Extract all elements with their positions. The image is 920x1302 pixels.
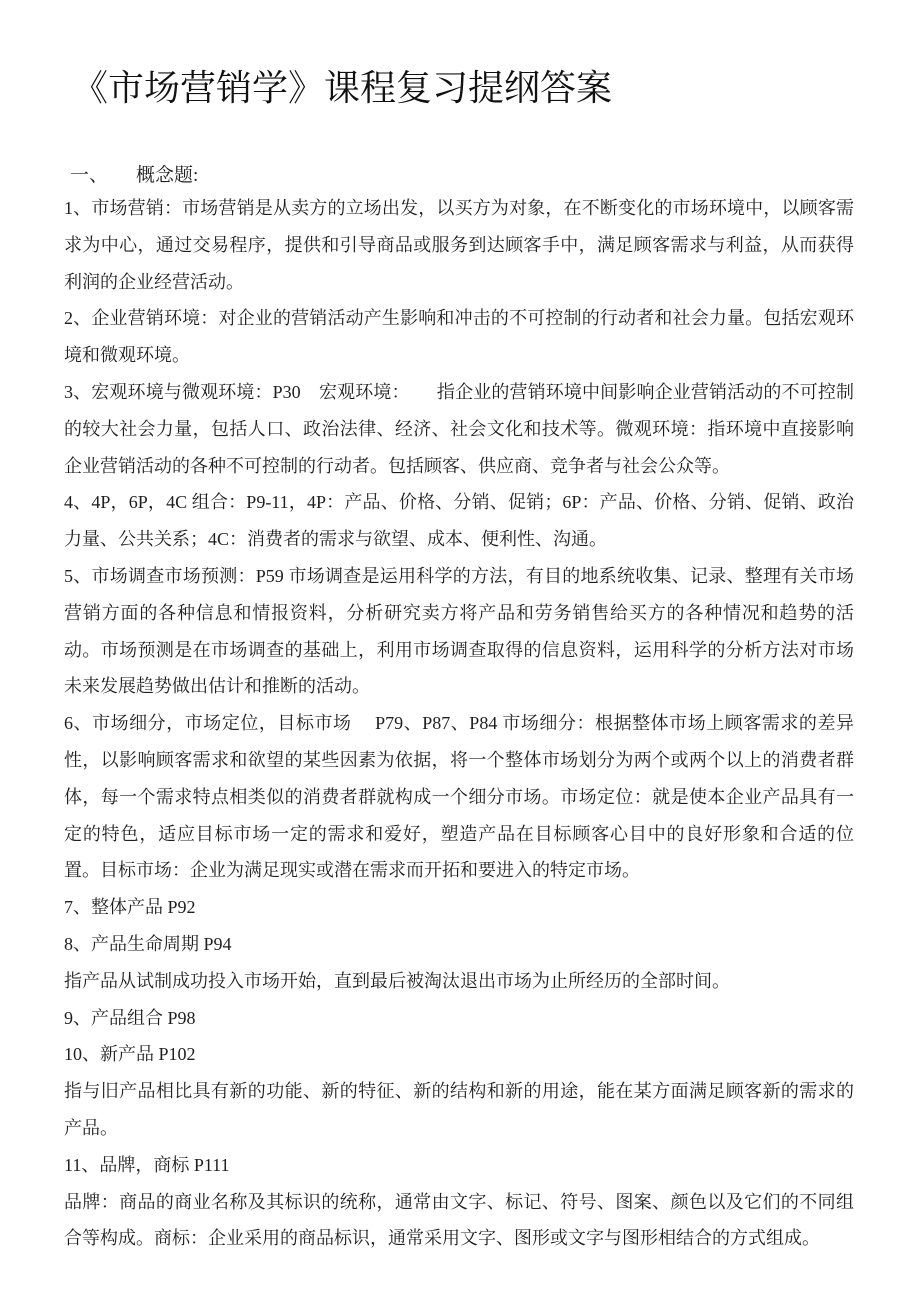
section-number: 一、 [70, 165, 108, 186]
paragraph-1: 1、市场营销：市场营销是从卖方的立场出发，以买方为对象，在不断变化的市场环境中，… [64, 190, 854, 300]
document-page: 《市场营销学》课程复习提纲答案 一、概念题: 1、市场营销：市场营销是从卖方的立… [0, 0, 920, 1302]
paragraph-8: 8、产品生命周期 P94 [64, 926, 854, 963]
paragraph-9: 指产品从试制成功投入市场开始，直到最后被淘汰退出市场为止所经历的全部时间。 [64, 963, 854, 1000]
paragraph-4: 4、4P，6P，4C 组合：P9-11，4P：产品、价格、分销、促销；6P：产品… [64, 484, 854, 558]
section-heading: 一、概念题: [70, 164, 854, 188]
paragraph-5: 5、市场调查市场预测：P59 市场调查是运用科学的方法，有目的地系统收集、记录、… [64, 558, 854, 705]
document-title: 《市场营销学》课程复习提纲答案 [72, 62, 854, 114]
paragraph-13: 11、品牌，商标 P111 [64, 1147, 854, 1184]
paragraph-14: 品牌：商品的商业名称及其标识的统称，通常由文字、标记、符号、图案、颜色以及它们的… [64, 1184, 854, 1258]
paragraph-2: 2、企业营销环境：对企业的营销活动产生影响和冲击的不可控制的行动者和社会力量。包… [64, 300, 854, 374]
paragraph-6: 6、市场细分，市场定位，目标市场 P79、P87、P84 市场细分：根据整体市场… [64, 705, 854, 889]
paragraph-10: 9、产品组合 P98 [64, 1000, 854, 1037]
section-label: 概念题: [136, 165, 198, 186]
paragraph-7: 7、整体产品 P92 [64, 889, 854, 926]
paragraph-12: 指与旧产品相比具有新的功能、新的特征、新的结构和新的用途，能在某方面满足顾客新的… [64, 1073, 854, 1147]
paragraph-list: 1、市场营销：市场营销是从卖方的立场出发，以买方为对象，在不断变化的市场环境中，… [64, 190, 854, 1257]
paragraph-11: 10、新产品 P102 [64, 1036, 854, 1073]
paragraph-3: 3、宏观环境与微观环境：P30 宏观环境： 指企业的营销环境中间影响企业营销活动… [64, 374, 854, 484]
